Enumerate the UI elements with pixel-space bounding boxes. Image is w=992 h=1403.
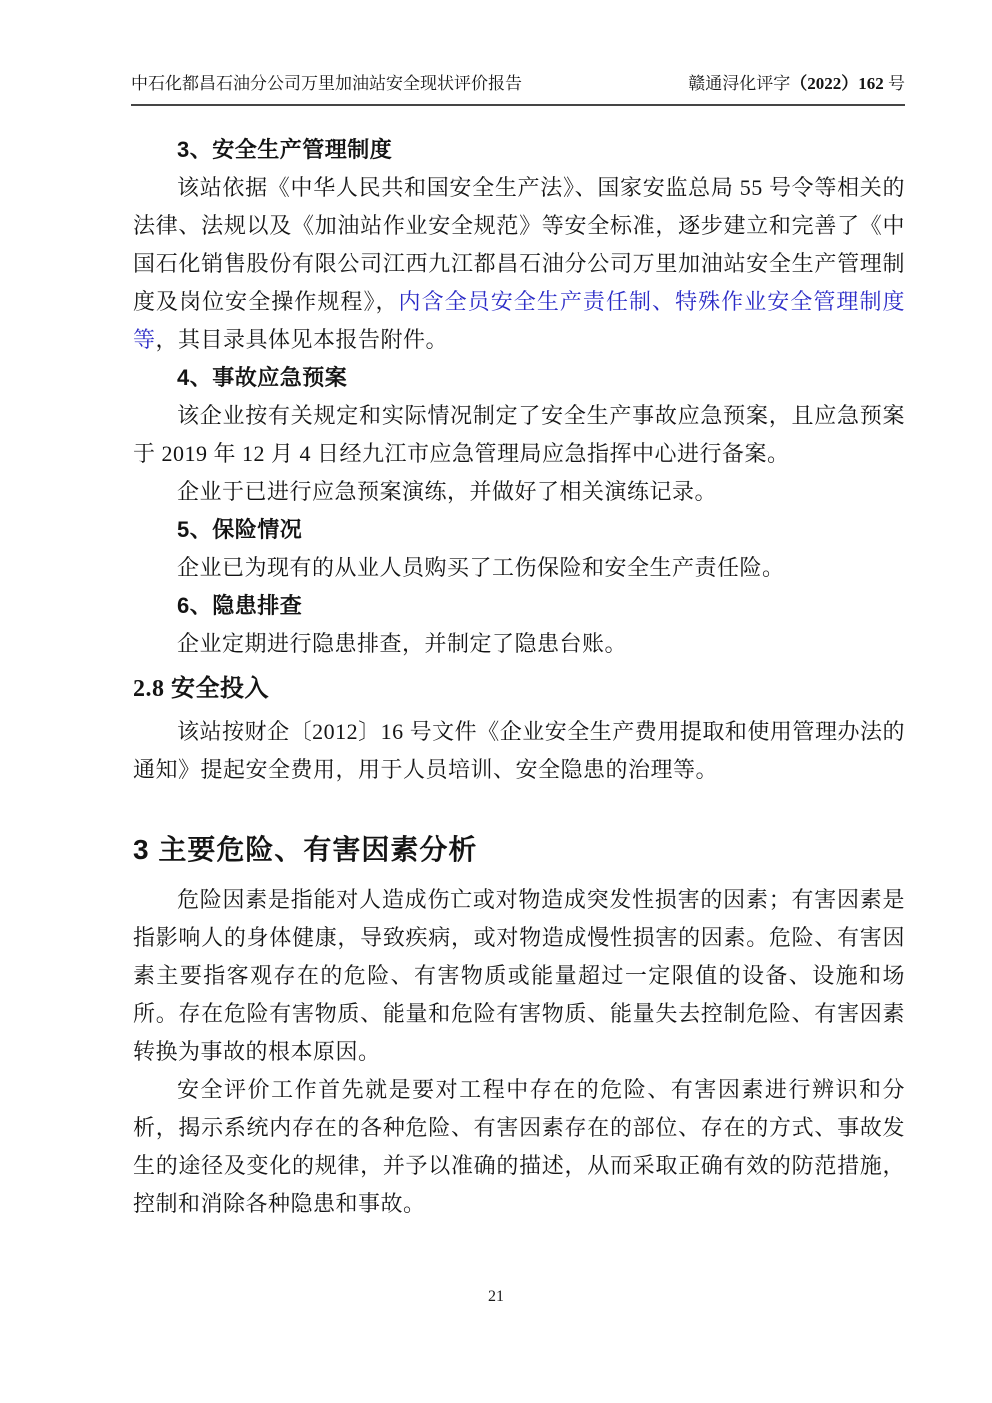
header-left-title: 中石化都昌石油分公司万里加油站安全现状评价报告: [131, 72, 522, 96]
heading-4-emergency-plan: 4、事故应急预案: [133, 359, 905, 397]
heading-6-hazard-inspection: 6、隐患排查: [133, 587, 905, 625]
paragraph-text: ，其目录具体见本报告附件。: [156, 327, 449, 352]
paragraph-insurance: 企业已为现有的从业人员购买了工伤保险和安全生产责任险。: [133, 549, 905, 587]
page-header: 中石化都昌石油分公司万里加油站安全现状评价报告 赣通浔化评字（2022）162 …: [131, 72, 905, 106]
paragraph-safety-investment: 该站按财企〔2012〕16 号文件《企业安全生产费用提取和使用管理办法的通知》提…: [133, 713, 905, 789]
paragraph-emergency-plan: 该企业按有关规定和实际情况制定了安全生产事故应急预案，且应急预案于 2019 年…: [133, 397, 905, 473]
heading-2-8-safety-investment: 2.8 安全投入: [133, 667, 905, 711]
page-number: 21: [0, 1288, 992, 1306]
paragraph-hazard-definition: 危险因素是指能对人造成伤亡或对物造成突发性损害的因素；有害因素是指影响人的身体健…: [133, 881, 905, 1071]
heading-3-safety-management-system: 3、安全生产管理制度: [133, 131, 905, 169]
doc-number-bold: （2022）162: [790, 74, 884, 93]
header-right-doc-number: 赣通浔化评字（2022）162 号: [688, 72, 905, 96]
heading-5-insurance: 5、保险情况: [133, 511, 905, 549]
heading-chapter-3-hazard-analysis: 3 主要危险、有害因素分析: [133, 827, 905, 873]
document-body: 3、安全生产管理制度 该站依据《中华人民共和国安全生产法》、国家安监总局 55 …: [133, 107, 905, 1223]
doc-number-prefix: 赣通浔化评字: [688, 74, 790, 93]
paragraph-emergency-drill: 企业于已进行应急预案演练，并做好了相关演练记录。: [133, 473, 905, 511]
doc-number-suffix: 号: [884, 74, 905, 93]
document-page: 中石化都昌石油分公司万里加油站安全现状评价报告 赣通浔化评字（2022）162 …: [0, 0, 992, 1403]
paragraph-safety-management: 该站依据《中华人民共和国安全生产法》、国家安监总局 55 号令等相关的法律、法规…: [133, 169, 905, 359]
paragraph-safety-evaluation-work: 安全评价工作首先就是要对工程中存在的危险、有害因素进行辨识和分析，揭示系统内存在…: [133, 1071, 905, 1223]
paragraph-hazard-inspection: 企业定期进行隐患排查，并制定了隐患台账。: [133, 625, 905, 663]
